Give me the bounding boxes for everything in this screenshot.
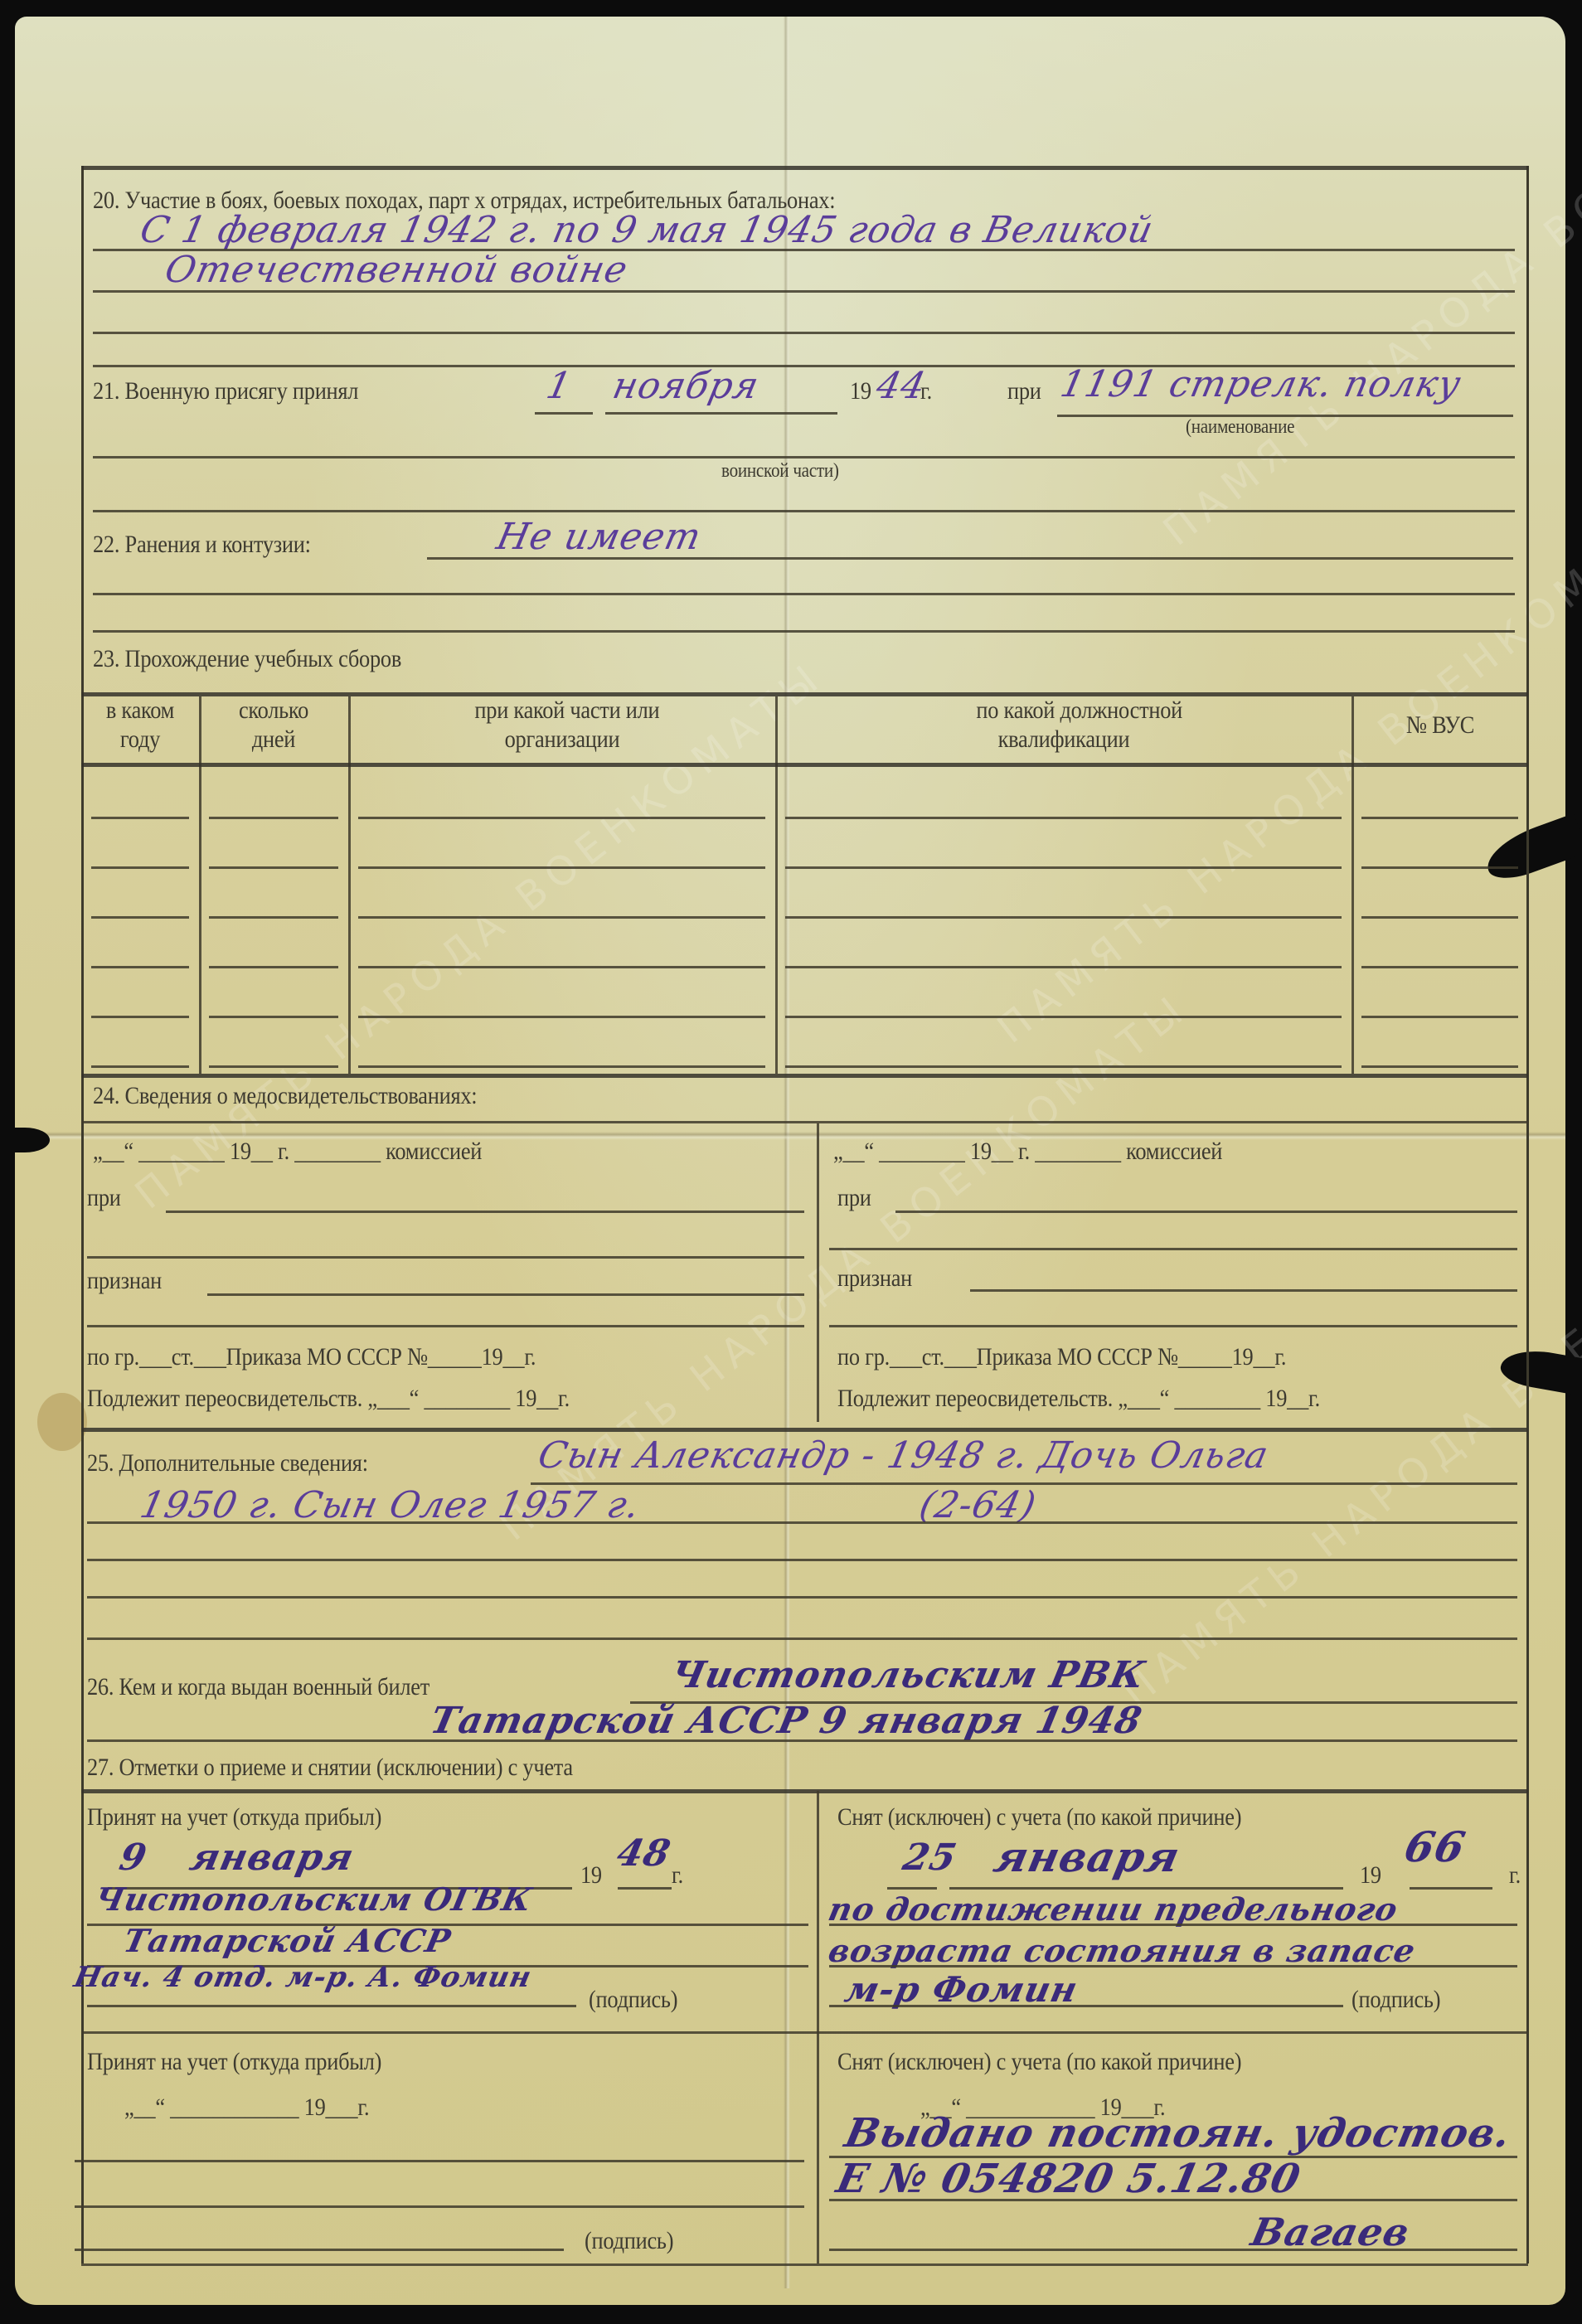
- table-row-line: [358, 966, 765, 968]
- rule: [87, 2005, 576, 2007]
- section-23-label: 23. Прохождение учебных сборов: [93, 645, 401, 673]
- table-row-line: [358, 866, 765, 869]
- military-id-issuer: Чистопольским РВК: [667, 1654, 1149, 1696]
- table-column-divider: [775, 696, 778, 1074]
- oath-caption-1: (наименование: [1186, 416, 1294, 439]
- rule: [427, 557, 1513, 560]
- section-26-label: 26. Кем и когда выдан военный билет: [87, 1673, 429, 1701]
- removed1-label: Снят (исключен) с учета (по какой причин…: [837, 1803, 1241, 1832]
- accepted1-year: 48: [614, 1832, 675, 1875]
- med-left-reexam: Подлежит переосвидетельств. „___“ ______…: [87, 1385, 570, 1413]
- table-row-line: [1361, 1016, 1518, 1018]
- table-column-divider: [348, 696, 351, 1074]
- table-row-line: [358, 817, 765, 819]
- section-25-label: 25. Дополнительные сведения:: [87, 1449, 368, 1477]
- table-header-3: при какой части или: [474, 696, 649, 725]
- accepted1-year-prefix: 19: [580, 1861, 602, 1890]
- rule: [93, 456, 1515, 458]
- military-id-issue-date: Татарской АССР 9 января 1948: [427, 1700, 1146, 1742]
- rule: [81, 2263, 1528, 2266]
- rule: [87, 1559, 1517, 1561]
- rule: [87, 1596, 1517, 1599]
- table-row-line: [785, 817, 1342, 819]
- accepted1-line4: Нач. 4 отд. м-р. А. Фомин: [71, 1961, 535, 1994]
- table-row-line: [358, 1016, 765, 1018]
- table-header-4: по какой должностной: [976, 696, 1151, 725]
- med-right-reexam: Подлежит переосвидетельств. „___“ ______…: [837, 1385, 1320, 1413]
- med-right-recognized: признан: [837, 1264, 912, 1293]
- table-header-4: квалификации: [976, 725, 1151, 754]
- removed1-month: января: [990, 1832, 1185, 1881]
- tear-damage: [0, 1128, 50, 1152]
- med-right-at: при: [837, 1184, 871, 1212]
- table-column-divider: [1351, 696, 1354, 1074]
- med-right-order: по гр.___ст.___Приказа МО СССР №_____19_…: [837, 1343, 1286, 1371]
- rule: [81, 166, 1528, 170]
- accepted1-month: января: [187, 1836, 358, 1879]
- rule: [949, 1887, 1343, 1890]
- med-left-recognized: признан: [87, 1267, 162, 1295]
- removed1-day: 25: [900, 1836, 961, 1879]
- removed1-line2: по достижении предельного: [825, 1890, 1401, 1928]
- removed2-line1: Выдано постоян. удостов.: [841, 2110, 1515, 2157]
- rule: [829, 1924, 1517, 1926]
- wounds-value: Не имеет: [493, 516, 706, 558]
- table-row-line: [1361, 1065, 1518, 1068]
- table-row-line: [209, 1065, 338, 1068]
- oath-year-prefix: 19: [850, 377, 871, 405]
- table-row-line: [91, 916, 189, 919]
- rule: [81, 2031, 1528, 2034]
- rule: [207, 1293, 804, 1296]
- med-left-date-line: „__“ ________ 19__ г. ________ комиссией: [93, 1138, 482, 1166]
- accepted1-year-suffix: г.: [672, 1861, 683, 1890]
- table-row-line: [1361, 966, 1518, 968]
- rule: [81, 1789, 1528, 1793]
- section-20-handwritten-line1: С 1 февраля 1942 г. по 9 мая 1945 года в…: [137, 209, 1157, 251]
- additional-info-note: (2-64): [916, 1484, 1041, 1526]
- table-row-line: [91, 1065, 189, 1068]
- rule: [81, 1121, 1528, 1123]
- removed1-year: 66: [1400, 1822, 1470, 1871]
- table-header-2: сколько: [186, 696, 361, 725]
- additional-info-line1: Сын Александр - 1948 г. Дочь Ольга: [535, 1434, 1273, 1477]
- accepted1-label: Принят на учет (откуда прибыл): [87, 1803, 381, 1832]
- rule: [87, 1739, 1517, 1742]
- accepted1-signature-caption: (подпись): [589, 1986, 677, 2014]
- table-row-line: [785, 866, 1342, 869]
- removed2-line2: Е № 054820 5.12.80: [832, 2156, 1305, 2202]
- rule: [87, 1637, 1517, 1640]
- rule: [895, 1211, 1517, 1213]
- section-22-label: 22. Ранения и контузии:: [93, 531, 311, 559]
- rule: [93, 332, 1515, 334]
- section-27-label: 27. Отметки о приеме и снятии (исключени…: [87, 1754, 573, 1782]
- removed1-line4: м-р Фомин: [842, 1969, 1082, 2010]
- rule: [93, 510, 1515, 512]
- table-row-line: [209, 817, 338, 819]
- table-row-line: [209, 866, 338, 869]
- rule: [605, 412, 837, 415]
- oath-unit: 1191 стрелк. полку: [1057, 363, 1465, 405]
- table-row-line: [91, 866, 189, 869]
- rule: [93, 630, 1515, 633]
- table-row-line: [785, 1065, 1342, 1068]
- rule: [970, 1289, 1517, 1292]
- table-row-line: [785, 1016, 1342, 1018]
- rule: [887, 1887, 937, 1890]
- table-column-divider: [199, 696, 201, 1074]
- rule: [87, 1521, 1517, 1524]
- rule: [1410, 1887, 1492, 1890]
- table-header-3: организации: [474, 725, 649, 754]
- oath-year-suffix: г.: [920, 377, 932, 405]
- additional-info-line2: 1950 г. Сын Олег 1957 г.: [137, 1484, 644, 1526]
- med-left-order: по гр.___ст.___Приказа МО СССР №_____19_…: [87, 1343, 536, 1371]
- rule: [829, 1325, 1517, 1327]
- table-row-line: [91, 1016, 189, 1018]
- table-row-line: [1361, 916, 1518, 919]
- rule: [829, 2249, 1517, 2251]
- column-divider: [817, 1123, 819, 1422]
- rule: [81, 1074, 1528, 1078]
- stain: [37, 1393, 87, 1451]
- column-divider: [817, 1791, 819, 2263]
- accepted1-line3: Татарской АССР: [120, 1922, 454, 1959]
- rule: [618, 1887, 672, 1890]
- rule: [93, 290, 1515, 293]
- rule: [81, 1428, 1528, 1432]
- rule: [87, 1256, 804, 1259]
- table-row-line: [358, 916, 765, 919]
- table-header-5: № ВУС: [1352, 711, 1527, 740]
- rule: [81, 763, 1528, 767]
- table-row-line: [1361, 866, 1518, 869]
- removed1-year-prefix: 19: [1360, 1861, 1381, 1890]
- accepted2-date-line: „__“ ____________ 19___г.: [124, 2094, 369, 2122]
- rule: [829, 1965, 1517, 1967]
- section-21-label: 21. Военную присягу принял: [93, 377, 358, 405]
- accepted2-label: Принят на учет (откуда прибыл): [87, 2048, 381, 2076]
- rule: [166, 1211, 804, 1213]
- removed2-label: Снят (исключен) с учета (по какой причин…: [837, 2048, 1241, 2076]
- table-row-line: [785, 916, 1342, 919]
- med-left-at: при: [87, 1184, 121, 1212]
- table-row-line: [91, 817, 189, 819]
- rule: [75, 2160, 804, 2162]
- accepted2-signature-caption: (подпись): [585, 2227, 673, 2255]
- table-row-line: [1361, 817, 1518, 819]
- rule: [535, 412, 593, 415]
- table-row-line: [785, 966, 1342, 968]
- rule: [87, 1325, 804, 1327]
- removed1-year-suffix: г.: [1509, 1861, 1521, 1890]
- oath-caption-2: воинской части): [721, 460, 839, 483]
- accepted1-line2: Чистопольским ОГВК: [91, 1880, 536, 1918]
- removed2-signature: Вагаев: [1247, 2210, 1414, 2254]
- rule: [75, 2205, 804, 2208]
- table-row-line: [91, 966, 189, 968]
- removed1-line3: возраста состояния в запасе: [825, 1932, 1419, 1969]
- section-20-handwritten-line2: Отечественной войне: [162, 249, 632, 291]
- rule: [75, 2249, 564, 2251]
- rule: [829, 2199, 1517, 2201]
- table-row-line: [358, 1065, 765, 1068]
- oath-month: ноября: [609, 365, 764, 407]
- table-row-line: [209, 966, 338, 968]
- table-row-line: [209, 1016, 338, 1018]
- oath-at-label: при: [1007, 377, 1041, 405]
- med-right-date-line: „__“ ________ 19__ г. ________ комиссией: [833, 1138, 1222, 1166]
- rule: [829, 1248, 1517, 1250]
- rule: [829, 2005, 1343, 2007]
- rule: [93, 593, 1515, 595]
- table-row-line: [209, 916, 338, 919]
- table-header-2: дней: [186, 725, 361, 754]
- removed1-signature-caption: (подпись): [1351, 1986, 1440, 2014]
- section-24-label: 24. Сведения о медосвидетельствованиях:: [93, 1082, 477, 1110]
